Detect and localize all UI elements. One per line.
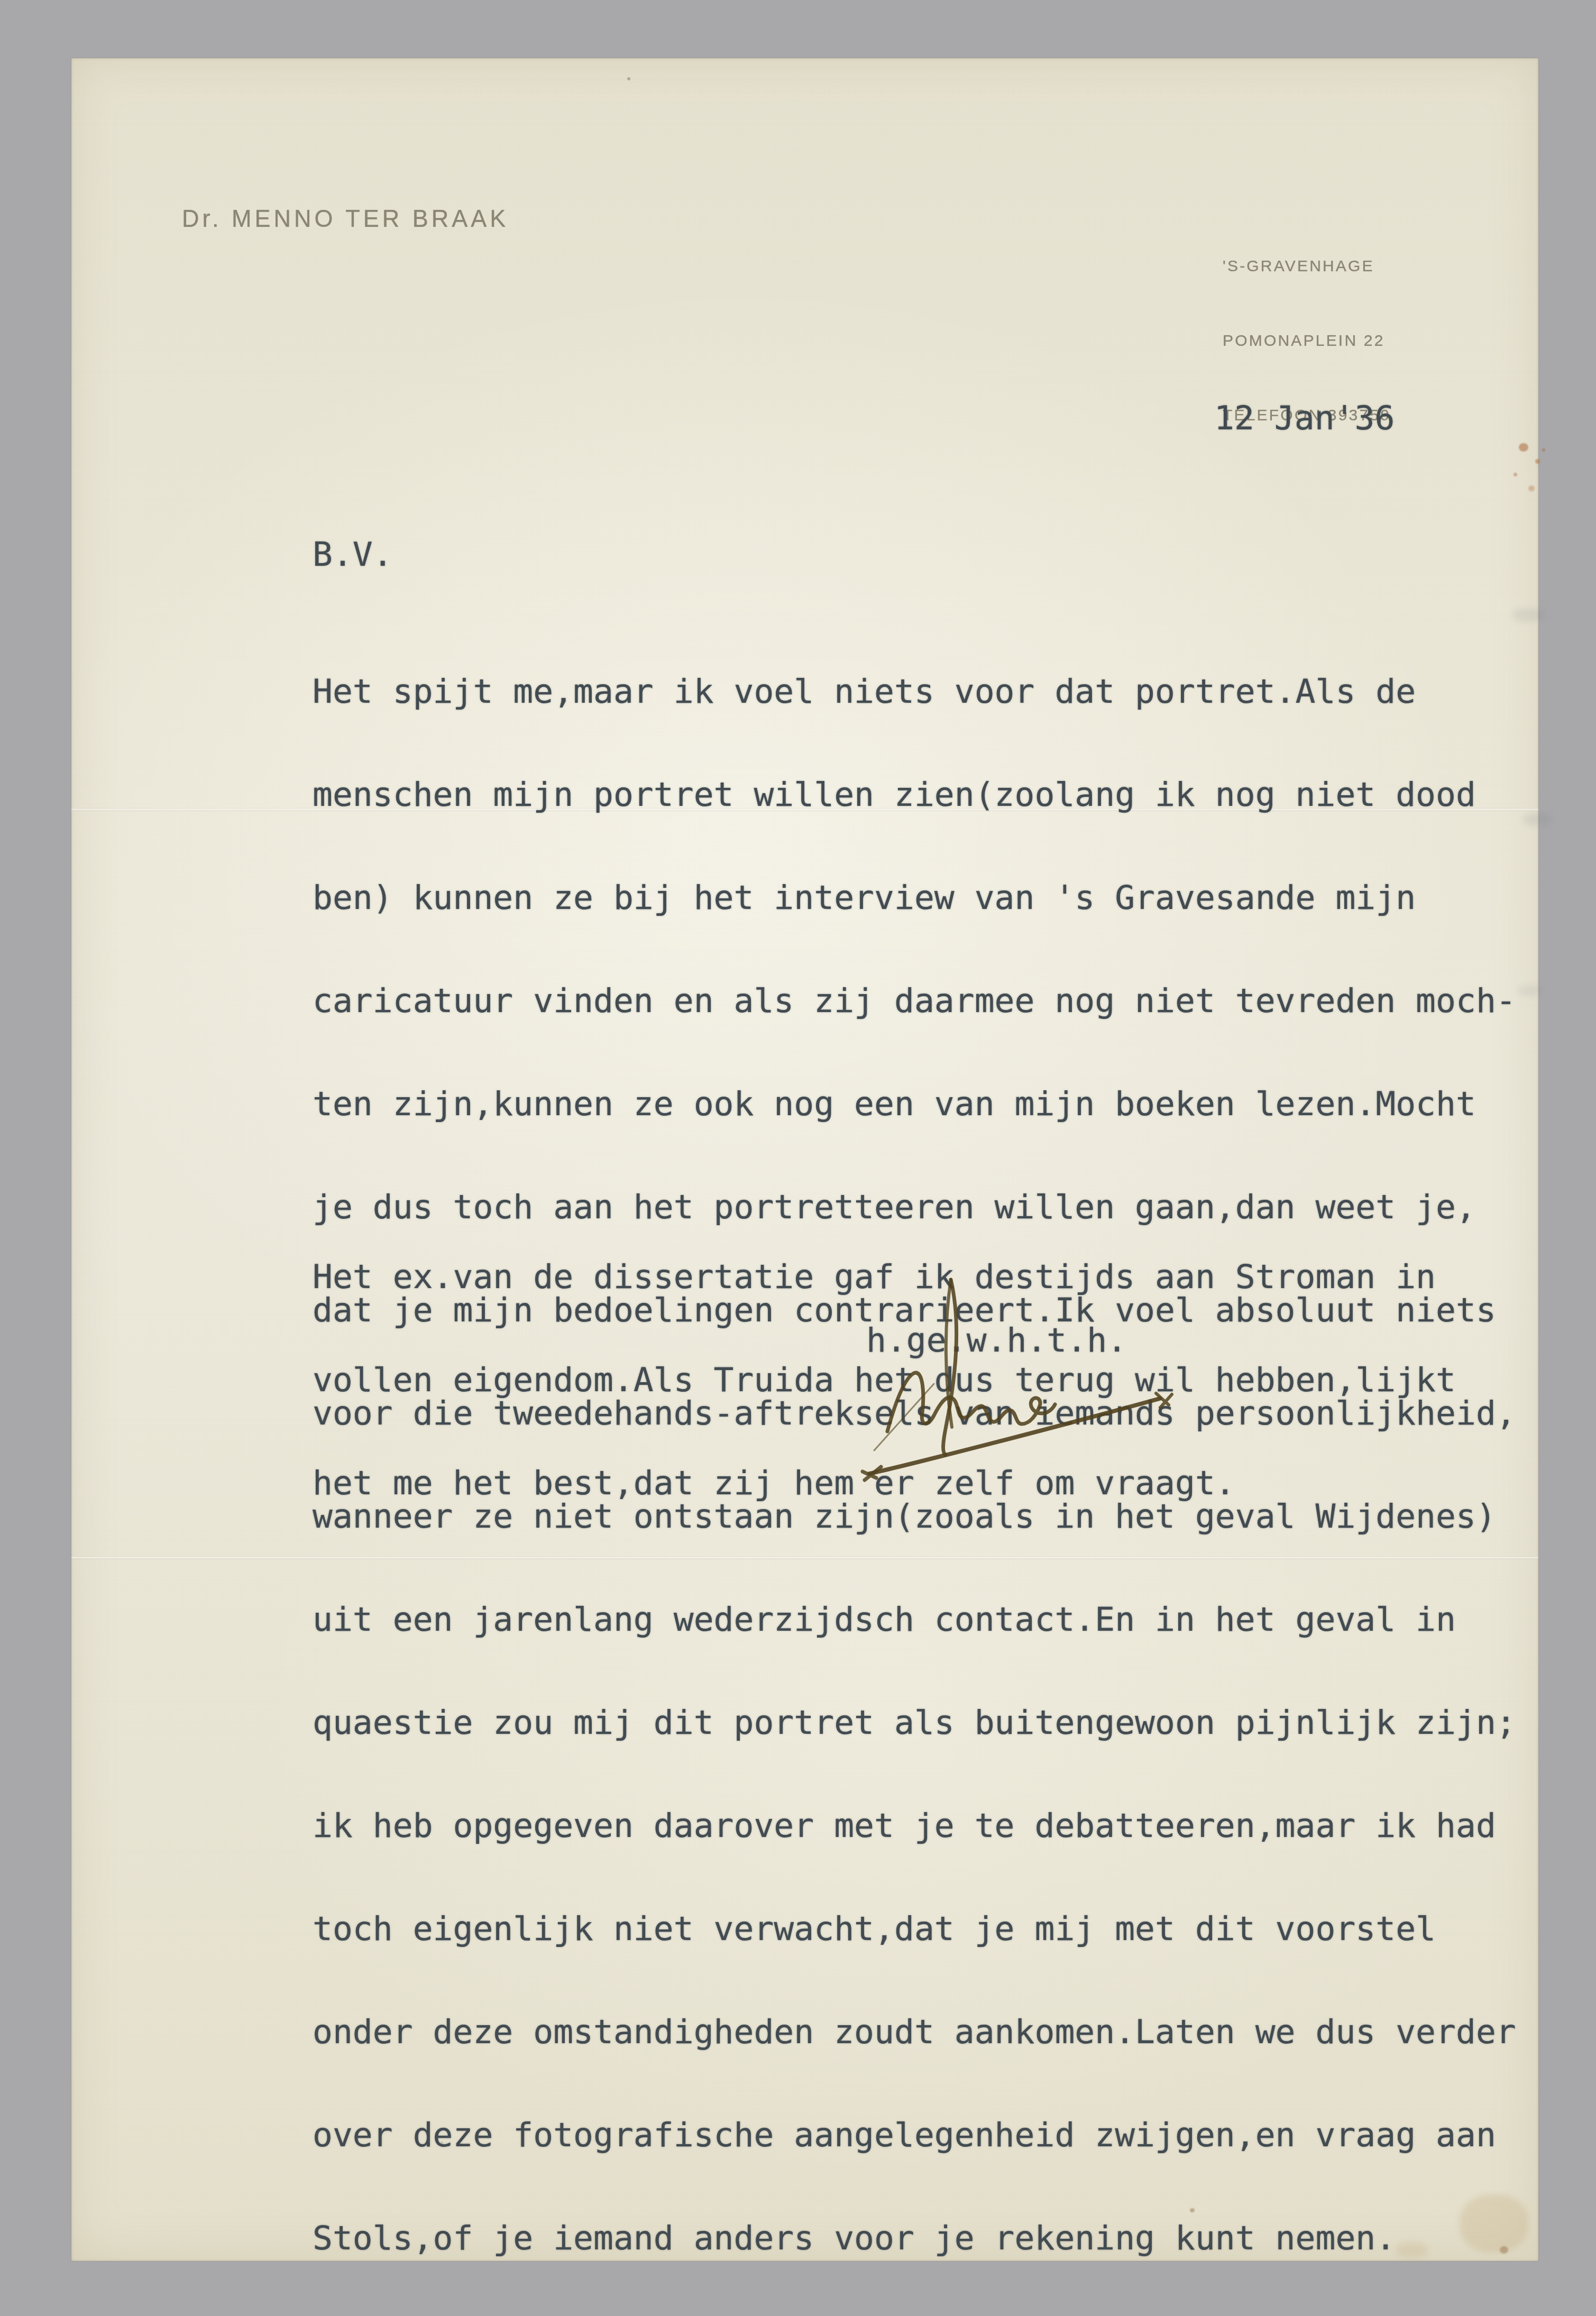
text-line: uit een jarenlang wederzijdsch contact.E… [313,1602,1516,1637]
ink-ghost [1523,813,1552,826]
text-line: toch eigenlijk niet verwacht,dat je mij … [313,1911,1516,1946]
speck [441,2142,443,2144]
text-line: ben) kunnen ze bij het interview van 's … [313,880,1516,915]
letter-date: 12 Jan'36 [1214,401,1395,435]
speck [627,77,630,80]
text-line: ten zijn,kunnen ze ook nog een van mijn … [313,1087,1516,1121]
letterhead-name: Dr. MENNO TER BRAAK [182,204,509,233]
text-line: Stols,of je iemand anders voor je rekeni… [313,2221,1516,2255]
foxing-spot [1514,473,1517,476]
letterhead-city: 'S-GRAVENHAGE [1223,254,1391,279]
foxing-spot [1519,443,1528,452]
stain [1500,2246,1508,2254]
stain [1396,2242,1428,2258]
ink-ghost [1518,985,1542,996]
salutation: B.V. [313,537,393,572]
text-line: ik heb opgegeven daarover met je te deba… [313,1808,1516,1843]
text-line: over deze fotografische aangelegenheid z… [313,2118,1516,2152]
text-line: menschen mijn portret willen zien(zoolan… [313,777,1516,812]
text-line: caricatuur vinden en als zij daarmee nog… [313,984,1516,1018]
stain [1460,2194,1528,2253]
signature [817,1256,1193,1494]
foxing-spot [1535,459,1540,464]
ink-ghost [1512,608,1544,622]
scan-background: { "page":{ "background_color":"#a8a8aa",… [0,0,1596,2316]
foxing-spot [1542,448,1545,452]
text-line: onder deze omstandigheden zoudt aankomen… [313,2015,1516,2049]
foxing-spot [1528,485,1535,491]
letterhead-street: POMONAPLEIN 22 [1223,328,1391,353]
text-line: quaestie zou mij dit portret als buiteng… [313,1705,1516,1740]
text-line: Het spijt me,maar ik voel niets voor dat… [313,674,1516,709]
stain [1190,2208,1195,2212]
